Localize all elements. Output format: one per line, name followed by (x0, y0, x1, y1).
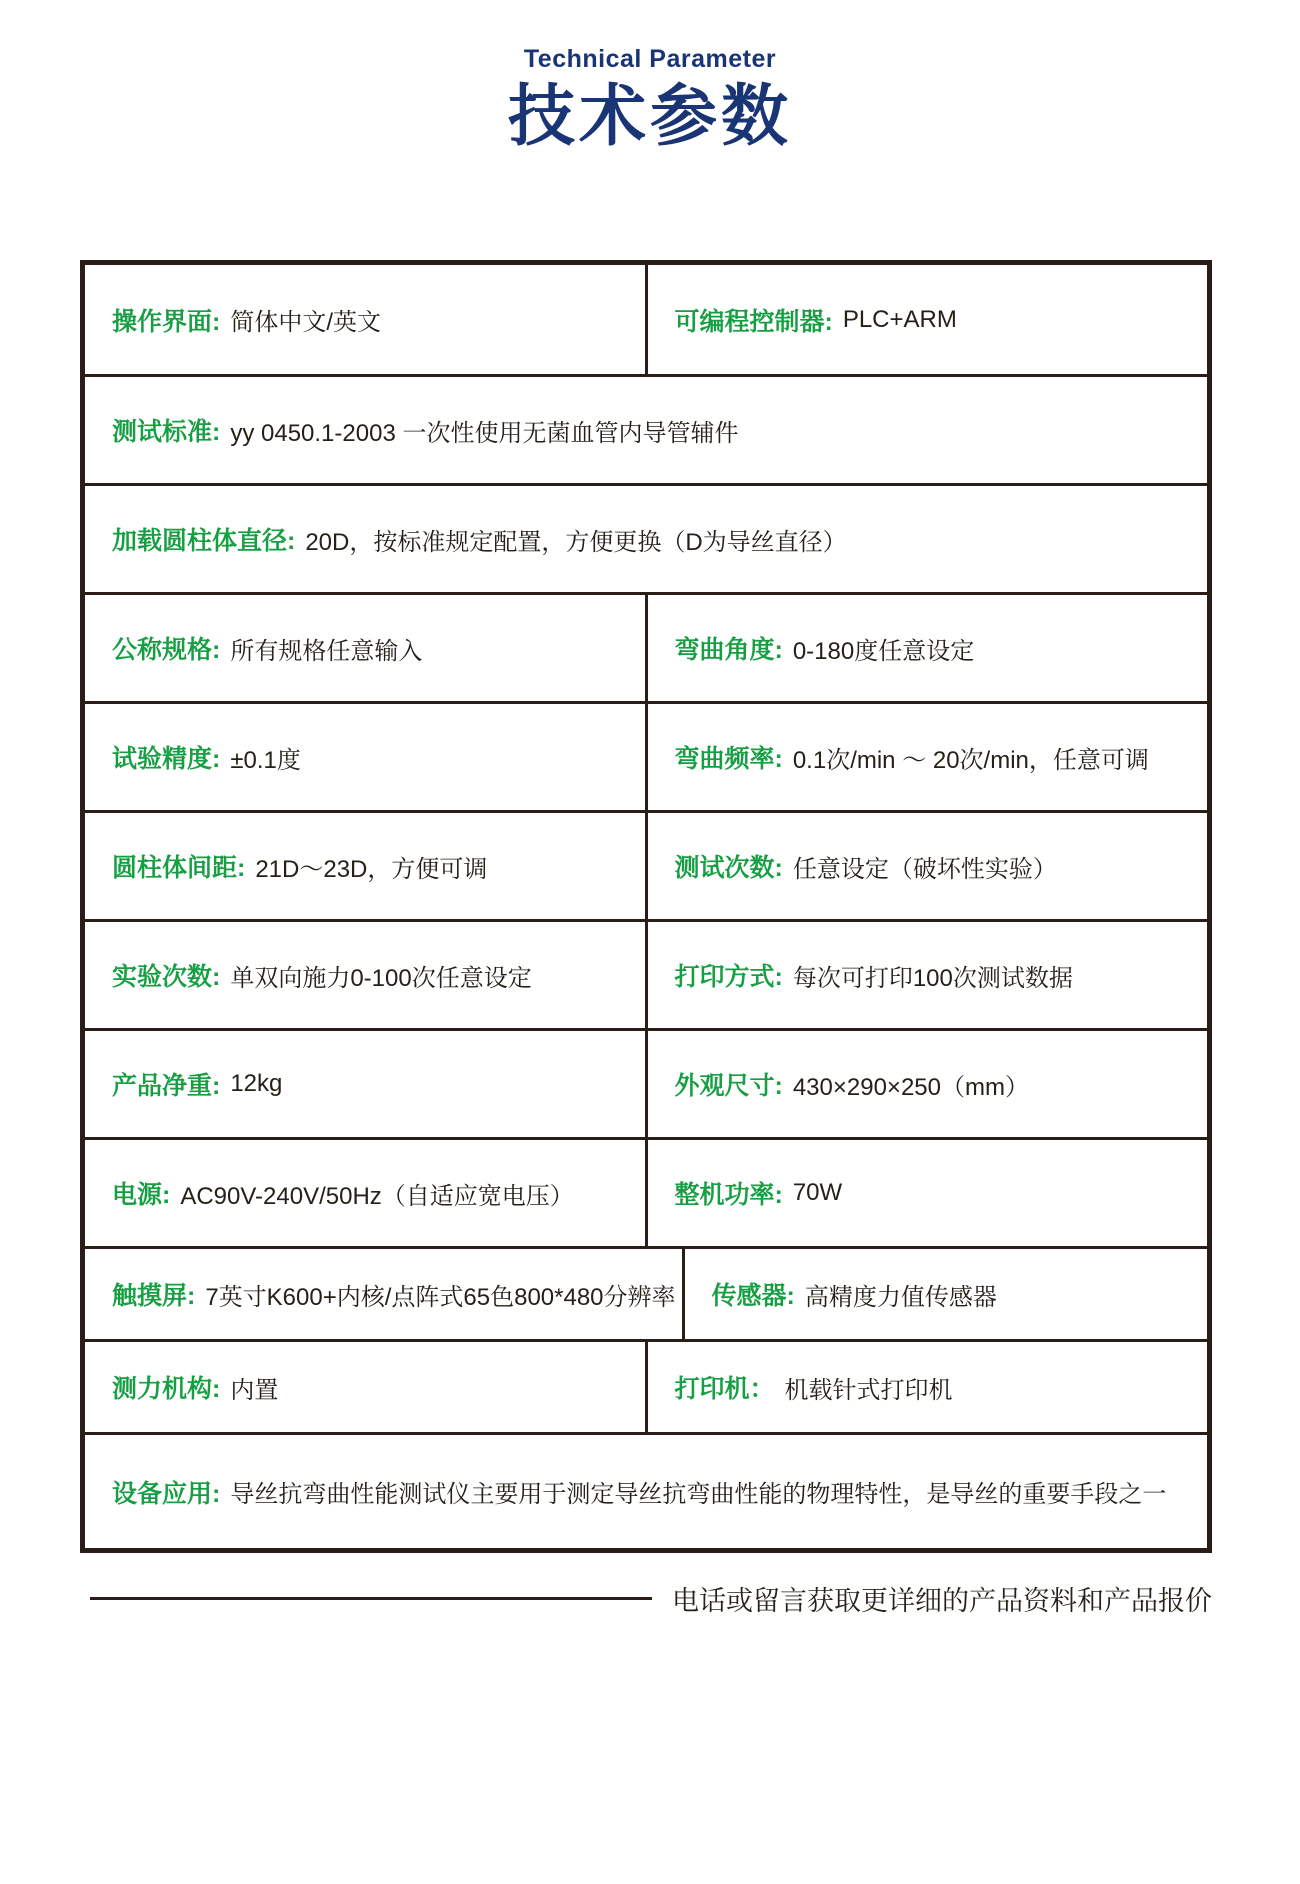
param-value: 21D～23D，方便可调 (255, 849, 487, 884)
param-cell: 公称规格:所有规格任意输入 (85, 595, 645, 701)
param-cell: 弯曲频率:0.1次/min ～ 20次/min，任意可调 (645, 704, 1208, 810)
param-label: 实验次数: (112, 957, 220, 993)
param-cell: 测力机构:内置 (85, 1342, 645, 1432)
param-value: 任意设定（破坏性实验） (793, 849, 1057, 884)
param-row: 试验精度:±0.1度弯曲频率:0.1次/min ～ 20次/min，任意可调 (85, 701, 1207, 810)
param-label: 公称规格: (112, 630, 220, 666)
param-row: 操作界面:简体中文/英文可编程控制器:PLC+ARM (85, 265, 1207, 374)
param-cell: 操作界面:简体中文/英文 (85, 265, 645, 374)
technical-parameter-table: 操作界面:简体中文/英文可编程控制器:PLC+ARM测试标准:yy 0450.1… (80, 260, 1212, 1553)
param-label: 试验精度: (112, 739, 220, 775)
param-label: 操作界面: (112, 302, 220, 338)
param-cell: 测试次数:任意设定（破坏性实验） (645, 813, 1208, 919)
param-value: yy 0450.1-2003 一次性使用无菌血管内导管辅件 (230, 413, 738, 448)
param-value: AC90V-240V/50Hz（自适应宽电压） (180, 1176, 573, 1211)
param-row: 公称规格:所有规格任意输入弯曲角度:0-180度任意设定 (85, 592, 1207, 701)
param-cell: 打印方式:每次可打印100次测试数据 (645, 922, 1208, 1028)
param-cell: 传感器:高精度力值传感器 (682, 1249, 1207, 1339)
param-value: 20D，按标准规定配置，方便更换（D为导丝直径） (305, 522, 846, 557)
param-row: 测试标准:yy 0450.1-2003 一次性使用无菌血管内导管辅件 (85, 374, 1207, 483)
param-label: 打印机： (675, 1369, 775, 1405)
param-value: 导丝抗弯曲性能测试仪主要用于测定导丝抗弯曲性能的物理特性，是导丝的重要手段之一 (230, 1474, 1166, 1509)
param-label: 测试次数: (675, 848, 783, 884)
param-label: 测力机构: (112, 1369, 220, 1405)
param-row: 加载圆柱体直径:20D，按标准规定配置，方便更换（D为导丝直径） (85, 483, 1207, 592)
param-label: 产品净重: (112, 1066, 220, 1102)
param-value: 0.1次/min ～ 20次/min，任意可调 (793, 740, 1149, 775)
param-value: ±0.1度 (230, 740, 301, 775)
param-value: 7英寸K600+内核/点阵式65色800*480分辨率 (205, 1277, 675, 1312)
param-label: 弯曲角度: (675, 630, 783, 666)
param-row: 测力机构:内置打印机：机载针式打印机 (85, 1339, 1207, 1432)
param-label: 外观尺寸: (675, 1066, 783, 1102)
param-cell: 整机功率:70W (645, 1140, 1208, 1246)
param-cell: 电源:AC90V-240V/50Hz（自适应宽电压） (85, 1140, 645, 1246)
param-label: 传感器: (712, 1276, 795, 1312)
param-label: 打印方式: (675, 957, 783, 993)
param-cell: 圆柱体间距:21D～23D，方便可调 (85, 813, 645, 919)
param-cell: 触摸屏:7英寸K600+内核/点阵式65色800*480分辨率 (85, 1249, 682, 1339)
param-row: 圆柱体间距:21D～23D，方便可调测试次数:任意设定（破坏性实验） (85, 810, 1207, 919)
param-label: 触摸屏: (112, 1276, 195, 1312)
param-label: 圆柱体间距: (112, 848, 245, 884)
page-title: 技术参数 (0, 82, 1300, 152)
param-cell: 设备应用:导丝抗弯曲性能测试仪主要用于测定导丝抗弯曲性能的物理特性，是导丝的重要… (85, 1435, 1207, 1548)
param-value: 简体中文/英文 (230, 302, 381, 337)
param-row: 触摸屏:7英寸K600+内核/点阵式65色800*480分辨率传感器:高精度力值… (85, 1246, 1207, 1339)
param-row: 电源:AC90V-240V/50Hz（自适应宽电压）整机功率:70W (85, 1137, 1207, 1246)
footer-contact-note: 电话或留言获取更详细的产品资料和产品报价 (672, 1579, 1212, 1618)
subtitle-english: Technical Parameter (0, 46, 1300, 74)
param-label: 加载圆柱体直径: (112, 521, 295, 557)
footer-divider-line (90, 1597, 652, 1600)
param-value: 单双向施力0-100次任意设定 (230, 958, 531, 993)
param-cell: 试验精度:±0.1度 (85, 704, 645, 810)
param-cell: 弯曲角度:0-180度任意设定 (645, 595, 1208, 701)
param-row: 产品净重:12kg外观尺寸:430×290×250（mm） (85, 1028, 1207, 1137)
param-cell: 测试标准:yy 0450.1-2003 一次性使用无菌血管内导管辅件 (85, 377, 1207, 483)
param-row: 实验次数:单双向施力0-100次任意设定打印方式:每次可打印100次测试数据 (85, 919, 1207, 1028)
param-label: 弯曲频率: (675, 739, 783, 775)
param-label: 可编程控制器: (675, 302, 833, 338)
param-value: 内置 (230, 1370, 278, 1405)
param-value: 0-180度任意设定 (793, 631, 974, 666)
param-label: 测试标准: (112, 412, 220, 448)
param-cell: 加载圆柱体直径:20D，按标准规定配置，方便更换（D为导丝直径） (85, 486, 1207, 592)
page-header: Technical Parameter 技术参数 (0, 46, 1300, 152)
param-value: PLC+ARM (843, 306, 957, 334)
param-cell: 产品净重:12kg (85, 1031, 645, 1137)
param-value: 高精度力值传感器 (805, 1277, 997, 1312)
param-value: 430×290×250（mm） (793, 1067, 1029, 1102)
param-row: 设备应用:导丝抗弯曲性能测试仪主要用于测定导丝抗弯曲性能的物理特性，是导丝的重要… (85, 1432, 1207, 1548)
param-label: 整机功率: (675, 1175, 783, 1211)
param-value: 每次可打印100次测试数据 (793, 958, 1073, 993)
param-cell: 实验次数:单双向施力0-100次任意设定 (85, 922, 645, 1028)
param-value: 所有规格任意输入 (230, 631, 422, 666)
param-cell: 打印机：机载针式打印机 (645, 1342, 1208, 1432)
param-value: 70W (793, 1179, 842, 1207)
param-cell: 外观尺寸:430×290×250（mm） (645, 1031, 1208, 1137)
param-label: 设备应用: (112, 1474, 220, 1510)
param-cell: 可编程控制器:PLC+ARM (645, 265, 1208, 374)
param-value: 12kg (230, 1070, 282, 1098)
param-label: 电源: (112, 1175, 170, 1211)
footer: 电话或留言获取更详细的产品资料和产品报价 (90, 1578, 1212, 1618)
param-value: 机载针式打印机 (785, 1370, 953, 1405)
